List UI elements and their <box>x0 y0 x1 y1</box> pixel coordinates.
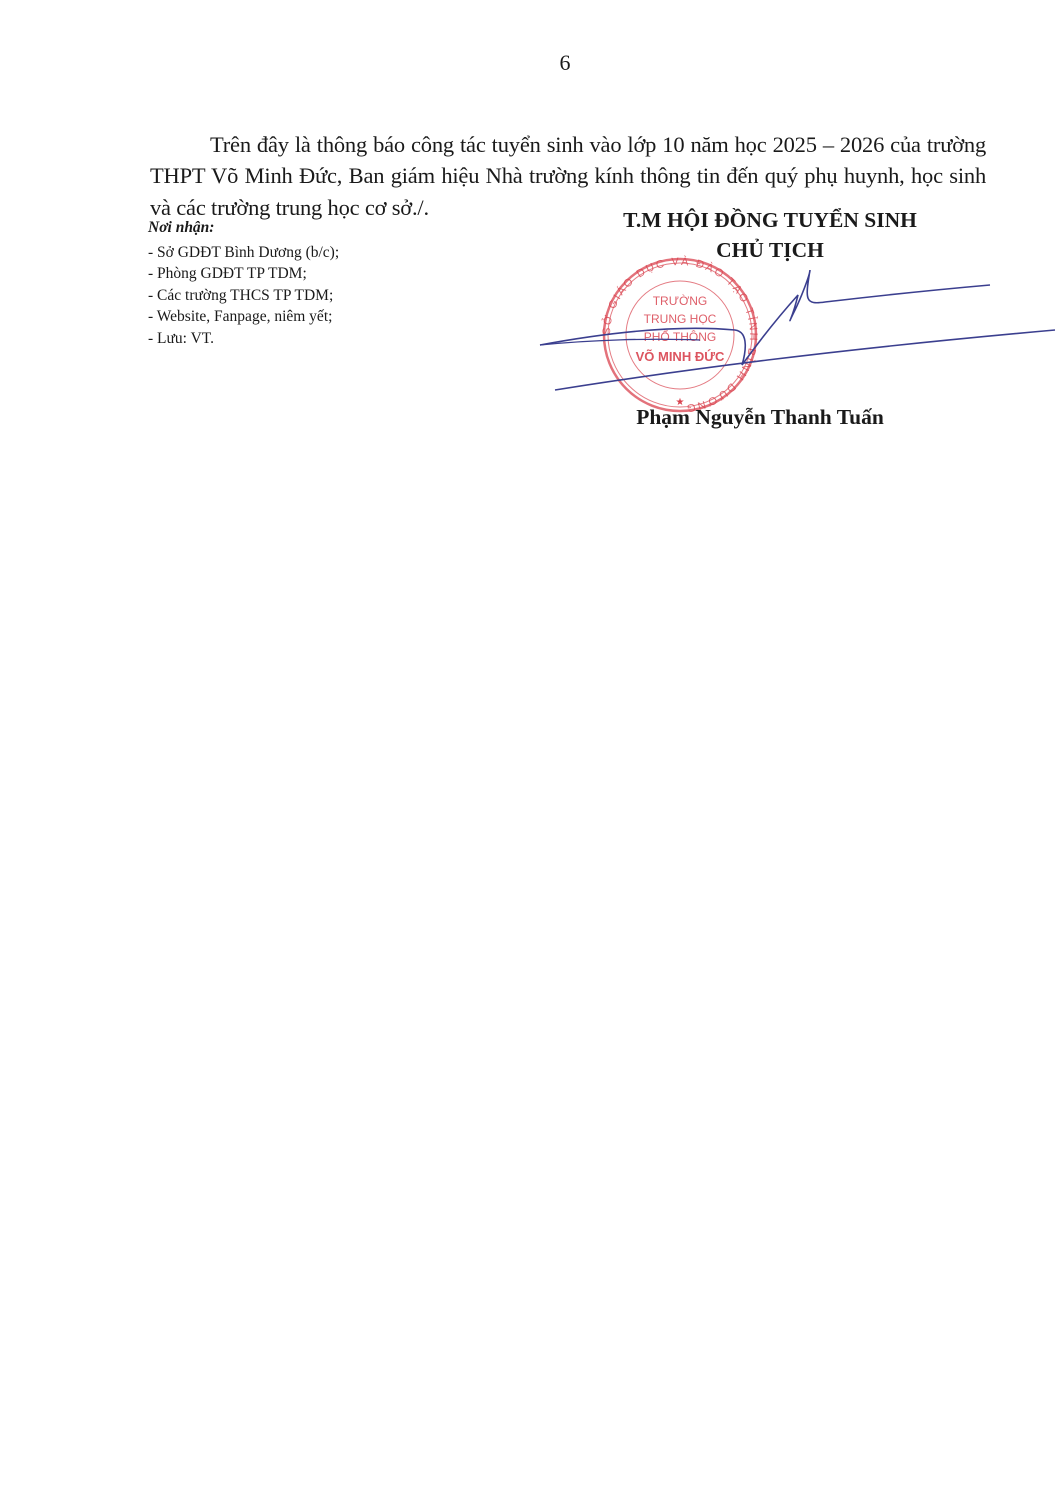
page-number: 6 <box>0 50 1062 76</box>
handwritten-signature-icon <box>530 270 1060 400</box>
recipient-item: Website, Fanpage, niêm yết; <box>148 306 468 328</box>
recipient-item: Phòng GDĐT TP TDM; <box>148 263 468 285</box>
recipients-block: Nơi nhận: Sở GDĐT Bình Dương (b/c); Phòn… <box>148 217 468 349</box>
recipient-item: Lưu: VT. <box>148 328 468 350</box>
signature-title: T.M HỘI ĐỒNG TUYỂN SINH <box>560 205 980 235</box>
recipient-item: Các trường THCS TP TDM; <box>148 285 468 307</box>
recipient-item: Sở GDĐT Bình Dương (b/c); <box>148 242 468 264</box>
recipients-list: Sở GDĐT Bình Dương (b/c); Phòng GDĐT TP … <box>148 242 468 350</box>
recipients-heading: Nơi nhận: <box>148 217 468 239</box>
signer-name: Phạm Nguyễn Thanh Tuấn <box>560 405 960 430</box>
